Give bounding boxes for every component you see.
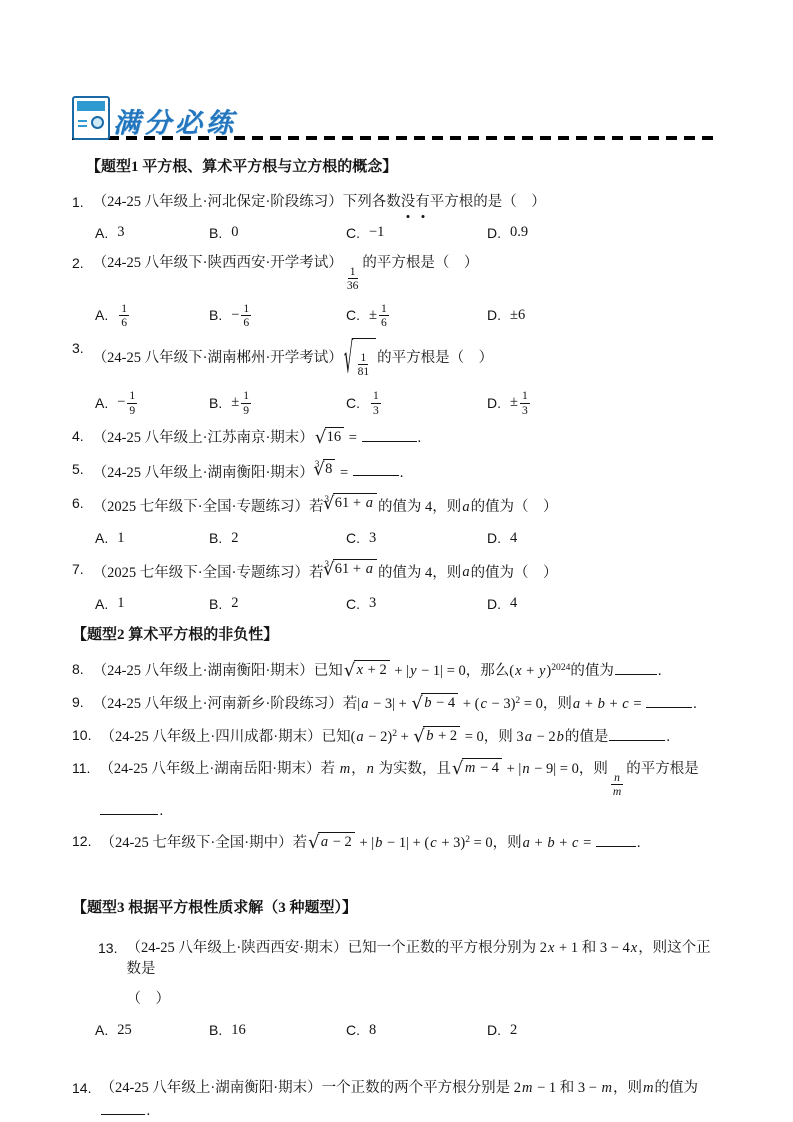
- radicand: 8: [323, 459, 335, 479]
- math-var: m: [521, 1080, 533, 1096]
- option-label: A.: [95, 594, 108, 615]
- text-run: + |b − 1| + (c + 3): [356, 835, 465, 851]
- radicand: 181: [352, 338, 377, 380]
- text-run: ±: [369, 305, 377, 327]
- text-run: +: [397, 729, 412, 745]
- option-label: B.: [209, 393, 222, 414]
- option-value: 2: [231, 528, 238, 550]
- option: C.8: [346, 1020, 487, 1042]
- option-label: A.: [95, 305, 108, 326]
- cube-root-radical: 3√61 + a: [324, 559, 376, 579]
- fraction-denominator: 3: [520, 404, 530, 417]
- options-row: A.16B.−16C.±16D.±6: [72, 302, 720, 330]
- option: B.2: [209, 593, 346, 615]
- math-var: b: [556, 729, 565, 745]
- text-run: 2: [510, 1020, 517, 1042]
- options-row: A.−19B.±19C.13D.±13: [72, 389, 720, 417]
- text-run: ±: [510, 392, 518, 414]
- option-label: D.: [487, 393, 501, 414]
- section-title: 【题型2 算术平方根的非负性】: [72, 624, 720, 647]
- fraction-numerator: 1: [358, 351, 368, 365]
- question-number: 13.: [98, 938, 117, 959]
- question: 5.（24-25 八年级上·湖南衡阳·期末）3√8 = .: [72, 459, 720, 485]
- option-label: C.: [346, 528, 360, 549]
- fraction-denominator: 9: [127, 404, 137, 417]
- option-value: 3: [369, 593, 376, 615]
- math-var: a: [360, 696, 369, 712]
- text-run: 2: [231, 593, 238, 615]
- text-run: 3: [369, 593, 376, 615]
- math-var: b: [546, 835, 555, 851]
- text-run: （24-25 八年级下·湖南郴州·开学考试）: [93, 351, 343, 367]
- option-value: 1: [117, 528, 124, 550]
- text-run: （24-25 八年级上·湖南衡阳·期末）已知: [93, 663, 343, 679]
- option: D.4: [487, 528, 720, 550]
- math-var: b: [374, 835, 383, 851]
- question-text: （24-25 八年级上·陕西西安·期末）已知一个正数的平方根分别为 2x + 1…: [126, 938, 720, 1011]
- emphasis-char: 没: [401, 192, 416, 214]
- text-run: （24-25 八年级下·陕西西安·开学考试）: [93, 255, 343, 271]
- text-run: ±6: [510, 305, 525, 327]
- option-value: 3: [369, 528, 376, 550]
- question: 1.（24-25 八年级上·河北保定·阶段练习）下列各数没有平方根的是（ ）: [72, 192, 720, 214]
- option: B.±19: [209, 389, 346, 417]
- fraction-numerator: 1: [127, 389, 137, 403]
- option-value: ±19: [231, 389, 253, 417]
- sqrt-radical: √b − 4: [411, 693, 458, 713]
- section: 【题型1 平方根、算术平方根与立方根的概念】1.（24-25 八年级上·河北保定…: [72, 156, 720, 615]
- text-run: .: [159, 803, 163, 819]
- option: A.16: [95, 302, 209, 330]
- radicand: m − 4: [462, 758, 502, 778]
- question: 12.（24-25 七年级下·全国·期中）若√a − 2 + |b − 1| +…: [72, 831, 720, 855]
- text-run: .: [693, 696, 697, 712]
- worksheet-header: 满分必练: [72, 96, 720, 139]
- question-number: 1.: [72, 192, 84, 213]
- fraction: 13: [520, 389, 530, 417]
- math-var: y: [409, 663, 417, 679]
- radical-sign: √: [315, 430, 326, 448]
- header-brand-text: 满分必练: [113, 110, 237, 137]
- fraction-denominator: 81: [356, 365, 372, 378]
- fraction: 19: [241, 389, 251, 417]
- section: 【题型2 算术平方根的非负性】8.（24-25 八年级上·湖南衡阳·期末）已知√…: [72, 624, 720, 855]
- option: D.±13: [487, 389, 720, 417]
- worksheet-page: 满分必练 【题型1 平方根、算术平方根与立方根的概念】1.（24-25 八年级上…: [0, 0, 793, 1122]
- option: A.25: [95, 1020, 209, 1042]
- option-label: B.: [209, 223, 222, 244]
- question-text-line2: （ ）: [126, 989, 720, 1011]
- math-var: m: [642, 1080, 654, 1096]
- section: 【题型3 根据平方根性质求解（3 种题型）】13.（24-25 八年级上·陕西西…: [72, 897, 720, 1122]
- fraction-denominator: 6: [379, 316, 389, 329]
- radical-sign: √: [452, 761, 463, 779]
- question-number: 7.: [72, 559, 84, 580]
- option: D.2: [487, 1020, 720, 1042]
- text-run: 的值为 4，则a的值为（ ）: [378, 564, 558, 580]
- option-label: D.: [487, 528, 501, 549]
- sqrt-fraction-radical: √181: [344, 338, 376, 380]
- radical-sign: √: [344, 663, 355, 681]
- fraction: 19: [127, 389, 137, 417]
- question-number: 2.: [72, 253, 84, 274]
- radicand: a − 2: [318, 832, 355, 852]
- fraction-numerator: 1: [241, 389, 251, 403]
- option-label: A.: [95, 528, 108, 549]
- option: A.−19: [95, 389, 209, 417]
- option-value: 4: [510, 528, 517, 550]
- text-run: （24-25 七年级下·全国·期中）若: [100, 835, 307, 851]
- text-run: −: [117, 392, 125, 414]
- option-value: 8: [369, 1020, 376, 1042]
- text-run: （24-25 八年级上·江苏南京·期末）: [93, 430, 314, 446]
- question-number: 4.: [72, 426, 84, 447]
- answer-blank: [362, 426, 417, 442]
- option-value: 13: [369, 389, 383, 417]
- question-text: （24-25 八年级上·四川成都·期末）已知(a − 2)2 + √b + 2 …: [100, 725, 720, 749]
- math-var: x: [630, 940, 638, 956]
- option-value: ±13: [510, 389, 532, 417]
- question-number: 14.: [72, 1078, 91, 1099]
- option-label: A.: [95, 393, 108, 414]
- text-run: 3: [369, 528, 376, 550]
- text-run: .: [666, 729, 670, 745]
- text-run: 16: [231, 1020, 246, 1042]
- cube-root-radical: 3√8: [315, 459, 336, 479]
- option-value: −16: [231, 302, 253, 330]
- question-text: （2025 七年级下·全国·专题练习）若3√61 + a的值为 4，则a的值为（…: [93, 559, 720, 585]
- math-var: a: [355, 729, 364, 745]
- root-index: 3: [315, 460, 320, 469]
- radicand: 16: [325, 427, 345, 447]
- option-label: D.: [487, 594, 501, 615]
- option: B.2: [209, 528, 346, 550]
- answer-blank: [101, 1099, 145, 1115]
- radicand: x + 2: [354, 660, 390, 680]
- math-var: a: [320, 834, 329, 850]
- fraction-numerator: 1: [119, 302, 129, 316]
- question: 7.（2025 七年级下·全国·专题练习）若3√61 + a的值为 4，则a的值…: [72, 559, 720, 585]
- option: C.3: [346, 528, 487, 550]
- text-run: .: [400, 464, 404, 480]
- option-label: A.: [95, 1020, 108, 1041]
- fraction-denominator: 6: [119, 316, 129, 329]
- question-number: 11.: [72, 758, 90, 779]
- answer-blank: [100, 799, 158, 815]
- text-run: 平方根的是（ ）: [430, 194, 546, 210]
- math-var: y: [538, 663, 546, 679]
- option-label: C.: [346, 393, 360, 414]
- options-row: A.1B.2C.3D.4: [72, 593, 720, 615]
- superscript: 2024: [551, 662, 570, 673]
- answer-blank: [646, 692, 692, 708]
- question-text: （24-25 八年级上·湖南衡阳·期末）已知√x + 2 + |y − 1| =…: [93, 659, 720, 683]
- fraction: 16: [241, 302, 251, 330]
- option-value: 0: [231, 222, 238, 244]
- text-run: 0.9: [510, 222, 528, 244]
- text-run: 的平方根是（ ）: [377, 351, 493, 367]
- option-value: 4: [510, 593, 517, 615]
- text-run: .: [637, 835, 641, 851]
- radical-sign: √: [411, 696, 422, 714]
- text-run: 4: [510, 593, 517, 615]
- sqrt-radical: √x + 2: [344, 660, 390, 680]
- worksheet-body: 【题型1 平方根、算术平方根与立方根的概念】1.（24-25 八年级上·河北保定…: [72, 156, 720, 1122]
- question-text: （24-25 八年级上·河北保定·阶段练习）下列各数没有平方根的是（ ）: [93, 192, 720, 214]
- question-text: （24-25 七年级下·全国·期中）若√a − 2 + |b − 1| + (c…: [100, 831, 720, 855]
- root-index: 3: [324, 560, 329, 569]
- text-run: （24-25 八年级上·湖南岳阳·期末）若 m，n 为实数，且: [99, 761, 451, 777]
- math-var: a: [524, 729, 533, 745]
- option-label: D.: [487, 305, 501, 326]
- text-run: 0: [231, 222, 238, 244]
- math-var: n: [613, 771, 621, 784]
- text-run: 的平方根是（ ）: [362, 255, 478, 271]
- radicand: 61 + a: [333, 559, 377, 579]
- text-run: 4: [510, 528, 517, 550]
- emphasized-text: 没有: [401, 194, 430, 210]
- option: A.3: [95, 222, 209, 244]
- question-text: （24-25 八年级上·湖南衡阳·期末）3√8 = .: [93, 459, 720, 485]
- text-run: （24-25 八年级上·陕西西安·期末）已知一个正数的平方根分别为 2x + 1…: [126, 940, 710, 978]
- sqrt-radical: √m − 4: [452, 758, 502, 778]
- option-label: C.: [346, 1020, 360, 1041]
- math-var: x: [356, 662, 364, 678]
- icon-text-line: [78, 125, 87, 127]
- sqrt-radical: √a − 2: [308, 832, 355, 852]
- icon-text-line: [78, 120, 87, 122]
- fraction-numerator: n: [611, 771, 623, 785]
- math-var: a: [365, 495, 374, 511]
- text-run: （24-25 八年级上·河南新乡·阶段练习）若|a − 3| +: [93, 696, 411, 712]
- option-value: 16: [231, 1020, 246, 1042]
- question-text: （24-25 八年级上·湖南衡阳·期末）一个正数的两个平方根分别是 2m − 1…: [100, 1078, 720, 1122]
- sqrt-radical: √b + 2: [413, 726, 460, 746]
- math-var: c: [479, 696, 487, 712]
- fraction: 16: [119, 302, 129, 330]
- text-run: （24-25 八年级上·四川成都·期末）已知(a − 2): [100, 729, 392, 745]
- question: 9.（24-25 八年级上·河南新乡·阶段练习）若|a − 3| + √b − …: [72, 692, 720, 716]
- text-run: （24-25 八年级上·湖南衡阳·期末）: [93, 464, 314, 480]
- fraction-numerator: 1: [241, 302, 251, 316]
- fraction-denominator: 6: [241, 316, 251, 329]
- text-run: 的平方根是: [626, 761, 699, 777]
- radicand: 61 + a: [333, 493, 377, 513]
- fraction-denominator: 36: [345, 279, 361, 292]
- option-label: D.: [487, 1020, 501, 1041]
- math-var: x: [514, 663, 522, 679]
- question: 2.（24-25 八年级下·陕西西安·开学考试）136的平方根是（ ）: [72, 253, 720, 293]
- question-number: 3.: [72, 338, 84, 359]
- option-label: B.: [209, 528, 222, 549]
- fraction: 181: [356, 351, 372, 379]
- question: 8.（24-25 八年级上·湖南衡阳·期末）已知√x + 2 + |y − 1|…: [72, 659, 720, 683]
- fraction-denominator: 3: [371, 404, 381, 417]
- text-run: + (c − 3): [459, 696, 515, 712]
- question: 10.（24-25 八年级上·四川成都·期末）已知(a − 2)2 + √b +…: [72, 725, 720, 749]
- option-value: 2: [231, 593, 238, 615]
- question: 3.（24-25 八年级下·湖南郴州·开学考试）√181的平方根是（ ）: [72, 338, 720, 380]
- icon-title-bar: [77, 101, 105, 111]
- math-var: x: [547, 940, 555, 956]
- question: 13.（24-25 八年级上·陕西西安·期末）已知一个正数的平方根分别为 2x …: [98, 938, 720, 1011]
- math-var: c: [429, 835, 437, 851]
- text-run: =: [336, 464, 351, 480]
- option-value: ±6: [510, 305, 525, 327]
- radical-sign: √: [344, 340, 353, 382]
- document-magnifier-icon: [72, 96, 110, 140]
- answer-blank: [609, 725, 665, 741]
- fraction: nm: [610, 771, 624, 799]
- option-label: A.: [95, 223, 108, 244]
- text-run: −: [231, 305, 239, 327]
- question: 4.（24-25 八年级上·江苏南京·期末）√16 = .: [72, 426, 720, 450]
- option: B.16: [209, 1020, 346, 1042]
- text-run: = 0，则a + b + c =: [520, 696, 645, 712]
- text-run: 1: [117, 528, 124, 550]
- math-var: m: [464, 760, 476, 776]
- text-run: ±: [231, 392, 239, 414]
- text-run: 2: [231, 528, 238, 550]
- radicand: b + 2: [423, 726, 460, 746]
- math-var: c: [621, 696, 629, 712]
- text-run: （2025 七年级下·全国·专题练习）若: [93, 564, 324, 580]
- answer-blank: [353, 460, 399, 476]
- option-label: B.: [209, 1020, 222, 1041]
- math-var: a: [522, 835, 531, 851]
- question-text: （2025 七年级下·全国·专题练习）若3√61 + a的值为 4，则a的值为（…: [93, 493, 720, 519]
- text-run: （24-25 八年级上·湖南衡阳·期末）一个正数的两个平方根分别是 2m − 1…: [100, 1080, 698, 1096]
- math-var: b: [597, 696, 606, 712]
- option: A.1: [95, 593, 209, 615]
- option: A.1: [95, 528, 209, 550]
- options-row: A.25B.16C.8D.2: [72, 1020, 720, 1042]
- math-var: b: [425, 728, 434, 744]
- math-var: m: [339, 761, 351, 777]
- radical-sign: √: [308, 835, 319, 853]
- fraction: 16: [379, 302, 389, 330]
- question: 6.（2025 七年级下·全国·专题练习）若3√61 + a的值为 4，则a的值…: [72, 493, 720, 519]
- option-value: −19: [117, 389, 139, 417]
- math-var: n: [366, 761, 375, 777]
- option-value: 2: [510, 1020, 517, 1042]
- text-run: 1: [117, 593, 124, 615]
- page-content: 满分必练 【题型1 平方根、算术平方根与立方根的概念】1.（24-25 八年级上…: [0, 0, 793, 1122]
- question-text: （24-25 八年级下·陕西西安·开学考试）136的平方根是（ ）: [93, 253, 720, 293]
- option-label: C.: [346, 223, 360, 244]
- fraction-denominator: 9: [241, 404, 251, 417]
- fraction: 136: [345, 265, 361, 293]
- text-run: = 0，则 3a − 2b的值是: [461, 729, 608, 745]
- fraction-numerator: 1: [520, 389, 530, 403]
- option-label: C.: [346, 594, 360, 615]
- text-run: （ ）: [126, 991, 170, 1007]
- text-run: 25: [117, 1020, 132, 1042]
- root-index: 3: [324, 495, 329, 504]
- option: D.±6: [487, 305, 720, 327]
- fraction: 13: [371, 389, 381, 417]
- option-value: 3: [117, 222, 124, 244]
- section-title: 【题型3 根据平方根性质求解（3 种题型）】: [72, 897, 720, 920]
- question-text: （24-25 八年级上·河南新乡·阶段练习）若|a − 3| + √b − 4 …: [93, 692, 720, 716]
- question-number: 10.: [72, 725, 91, 746]
- option: D.0.9: [487, 222, 720, 244]
- options-row: A.1B.2C.3D.4: [72, 528, 720, 550]
- option-value: 16: [117, 302, 131, 330]
- fraction-numerator: 1: [379, 302, 389, 316]
- math-var: a: [572, 696, 581, 712]
- fraction-numerator: 1: [348, 265, 358, 279]
- question-text: （24-25 八年级上·江苏南京·期末）√16 = .: [93, 426, 720, 450]
- option-label: C.: [346, 305, 360, 326]
- option: B.0: [209, 222, 346, 244]
- option-label: B.: [209, 305, 222, 326]
- section-title: 【题型1 平方根、算术平方根与立方根的概念】: [72, 156, 720, 179]
- math-var: a: [365, 561, 374, 577]
- option: C.13: [346, 389, 487, 417]
- text-run: + |y − 1| = 0，那么(x + y): [391, 663, 552, 679]
- option: D.4: [487, 593, 720, 615]
- option-value: ±16: [369, 302, 391, 330]
- option-label: B.: [209, 594, 222, 615]
- options-row: A.3B.0C.−1D.0.9: [72, 222, 720, 244]
- emphasis-char: 有: [415, 192, 430, 214]
- text-run: （24-25 八年级上·河北保定·阶段练习）下列各数: [93, 194, 401, 210]
- question-number: 6.: [72, 493, 84, 514]
- math-var: n: [521, 761, 530, 777]
- question: 11.（24-25 八年级上·湖南岳阳·期末）若 m，n 为实数，且√m − 4…: [72, 758, 720, 823]
- math-var: a: [461, 564, 470, 580]
- text-run: .: [418, 430, 422, 446]
- question-number: 12.: [72, 831, 91, 852]
- fraction-denominator: m: [610, 785, 624, 798]
- text-run: =: [345, 430, 360, 446]
- question: 14.（24-25 八年级上·湖南衡阳·期末）一个正数的两个平方根分别是 2m …: [72, 1078, 720, 1122]
- math-var: m: [601, 1080, 613, 1096]
- math-var: a: [461, 499, 470, 515]
- answer-blank: [615, 659, 657, 675]
- option-value: 1: [117, 593, 124, 615]
- option: C.±16: [346, 302, 487, 330]
- text-run: 的值为 4，则a的值为（ ）: [378, 499, 558, 515]
- fraction-numerator: 1: [371, 389, 381, 403]
- text-run: 的值为: [570, 663, 614, 679]
- text-run: （2025 七年级下·全国·专题练习）若: [93, 499, 324, 515]
- math-var: m: [612, 785, 622, 798]
- option-label: D.: [487, 223, 501, 244]
- question-text: （24-25 八年级下·湖南郴州·开学考试）√181的平方根是（ ）: [93, 338, 720, 380]
- text-run: = 0，则a + b + c =: [470, 835, 595, 851]
- question-text: （24-25 八年级上·湖南岳阳·期末）若 m，n 为实数，且√m − 4 + …: [99, 758, 720, 823]
- text-run: 3: [117, 222, 124, 244]
- math-var: c: [571, 835, 579, 851]
- question-number: 8.: [72, 659, 84, 680]
- sqrt-radical: √16: [315, 427, 344, 447]
- text-run: .: [146, 1103, 150, 1119]
- radical-sign: √: [413, 729, 424, 747]
- option: C.−1: [346, 222, 487, 244]
- radicand: b − 4: [421, 693, 458, 713]
- answer-blank: [596, 831, 636, 847]
- cube-root-radical: 3√61 + a: [324, 493, 376, 513]
- text-run: −1: [369, 222, 384, 244]
- text-run: 8: [369, 1020, 376, 1042]
- option: B.−16: [209, 302, 346, 330]
- question-number: 9.: [72, 692, 84, 713]
- math-var: b: [423, 695, 432, 711]
- text-run: .: [658, 663, 662, 679]
- text-run: + |n − 9| = 0，则: [503, 761, 608, 777]
